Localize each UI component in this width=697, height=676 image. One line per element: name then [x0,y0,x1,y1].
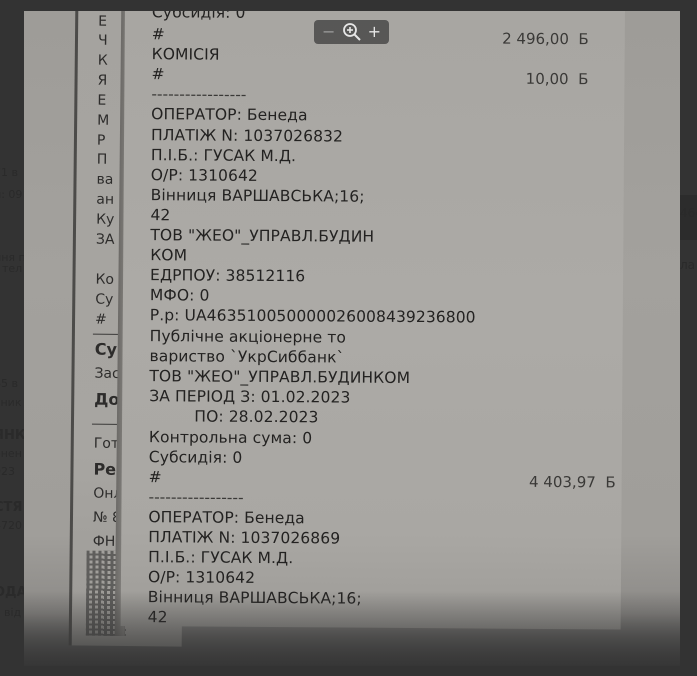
receipt-line: ПО: 28.02.2023 [149,408,319,427]
receipt-divider: ----------------- [151,85,246,104]
receipt-text: ва [96,172,113,188]
receipt-amount: 10,00 Б [526,70,589,88]
receipt-line: ТОВ "ЖЕО"_УПРАВЛ.БУДИНКОМ [149,367,410,387]
receipt-text: Ко [95,272,114,288]
background-text: н: 09 [0,188,22,201]
viewer-image[interactable]: Е Ч К Я Е М Р П ва ан Ку ЗА Ко Су # Су З… [24,11,680,666]
zoom-out-button[interactable]: − [322,24,335,40]
receipt-line: 42 [148,609,168,627]
receipt-text: До [94,390,119,409]
receipt-line: 42 [150,206,170,224]
receipt-line: КОМ [150,246,187,264]
receipt-text: ЗА [96,232,115,248]
background-text: 71 в [0,166,18,179]
zoom-controls: − + [314,20,389,44]
receipt-line: ОПЕРАТОР: Бенеда [151,106,308,125]
receipt-line: # [151,65,164,83]
zoom-in-button[interactable]: + [368,24,381,40]
background-text: від [4,606,21,619]
receipt-line: Публічне акціонерне то [150,327,346,346]
receipt-line: Субсидія: 0 [149,448,243,467]
receipt-line: МФО: 0 [150,286,210,304]
receipt-divider: ----------------- [148,488,243,507]
receipt-text: Зас [94,366,119,382]
receipt-text: Ч [98,33,108,49]
receipt-line: О/Р: 1310642 [148,568,255,587]
receipt-text: Я [97,73,107,89]
receipt-line: Р.р: UA463510050000026008439236800 [150,307,476,327]
receipt-text: Ре [93,460,116,479]
receipt-line: КОМІСІЯ [152,45,220,63]
background-text: 464 [680,206,697,220]
receipt-text: Е [97,93,106,109]
magnifier-plus-icon[interactable] [342,22,362,42]
receipt-text: П [97,152,108,168]
receipt-text: Е [98,14,107,30]
background-text: ЯНК [0,428,26,443]
receipt-line: ОПЕРАТОР: Бенеда [148,508,305,527]
receipt-line: # [149,468,162,486]
receipt-line: ТОВ "ЖЕО"_УПРАВЛ.БУДИН [150,226,374,246]
receipt-amount: 2 496,00 Б [502,30,589,49]
receipt-line: П.І.Б.: ГУСАК М.Д. [148,548,293,567]
background-text: 65 в [0,377,18,390]
receipt-text: # [95,312,107,328]
receipt-text: ФН [93,534,116,550]
front-receipt: Субсидія: 0 #2 496,00 БКОМІСІЯ#10,00 Б--… [121,11,625,629]
receipt-line: ЕДРПОУ: 38512116 [150,266,305,285]
receipt-line: О/Р: 1310642 [151,166,258,185]
receipt-text: Р [97,133,106,149]
background-text: вник [0,396,21,409]
receipt-text: Ку [96,212,114,228]
receipt-line: вариство `УкрСиббанк` [149,347,344,366]
receipt-line: ПЛАТІЖ N: 1037026869 [148,528,340,547]
background-text: ла [680,258,695,272]
receipt-line: Контрольна сума: 0 [149,428,312,447]
receipt-text: Субсидія: 0 [152,11,246,22]
receipt-text: К [98,53,108,69]
background-text: онен [0,447,22,460]
receipt-amount: 4 403,97 Б [529,473,616,492]
receipt-text: Су [95,340,117,359]
receipt-line: # [152,25,165,43]
receipt-text: Гот [94,436,119,452]
receipt-line: П.І.Б.: ГУСАК М.Д. [151,146,296,165]
receipt-line: ПЛАТІЖ N: 1037026832 [151,126,343,145]
receipt-text: М [97,113,109,129]
background-text: 023 [0,465,15,478]
receipt-text: Су [95,292,113,308]
background-text: 4720 [0,519,22,532]
background-text: тел [2,262,22,275]
receipt-line: Вінниця ВАРШАВСЬКА;16; [148,588,362,607]
receipt-line: ЗА ПЕРІОД З: 01.02.2023 [149,387,350,406]
receipt-line: Вінниця ВАРШАВСЬКА;16; [151,186,365,205]
receipt-text: ан [96,192,114,208]
background-text: СТЯ [0,500,22,515]
